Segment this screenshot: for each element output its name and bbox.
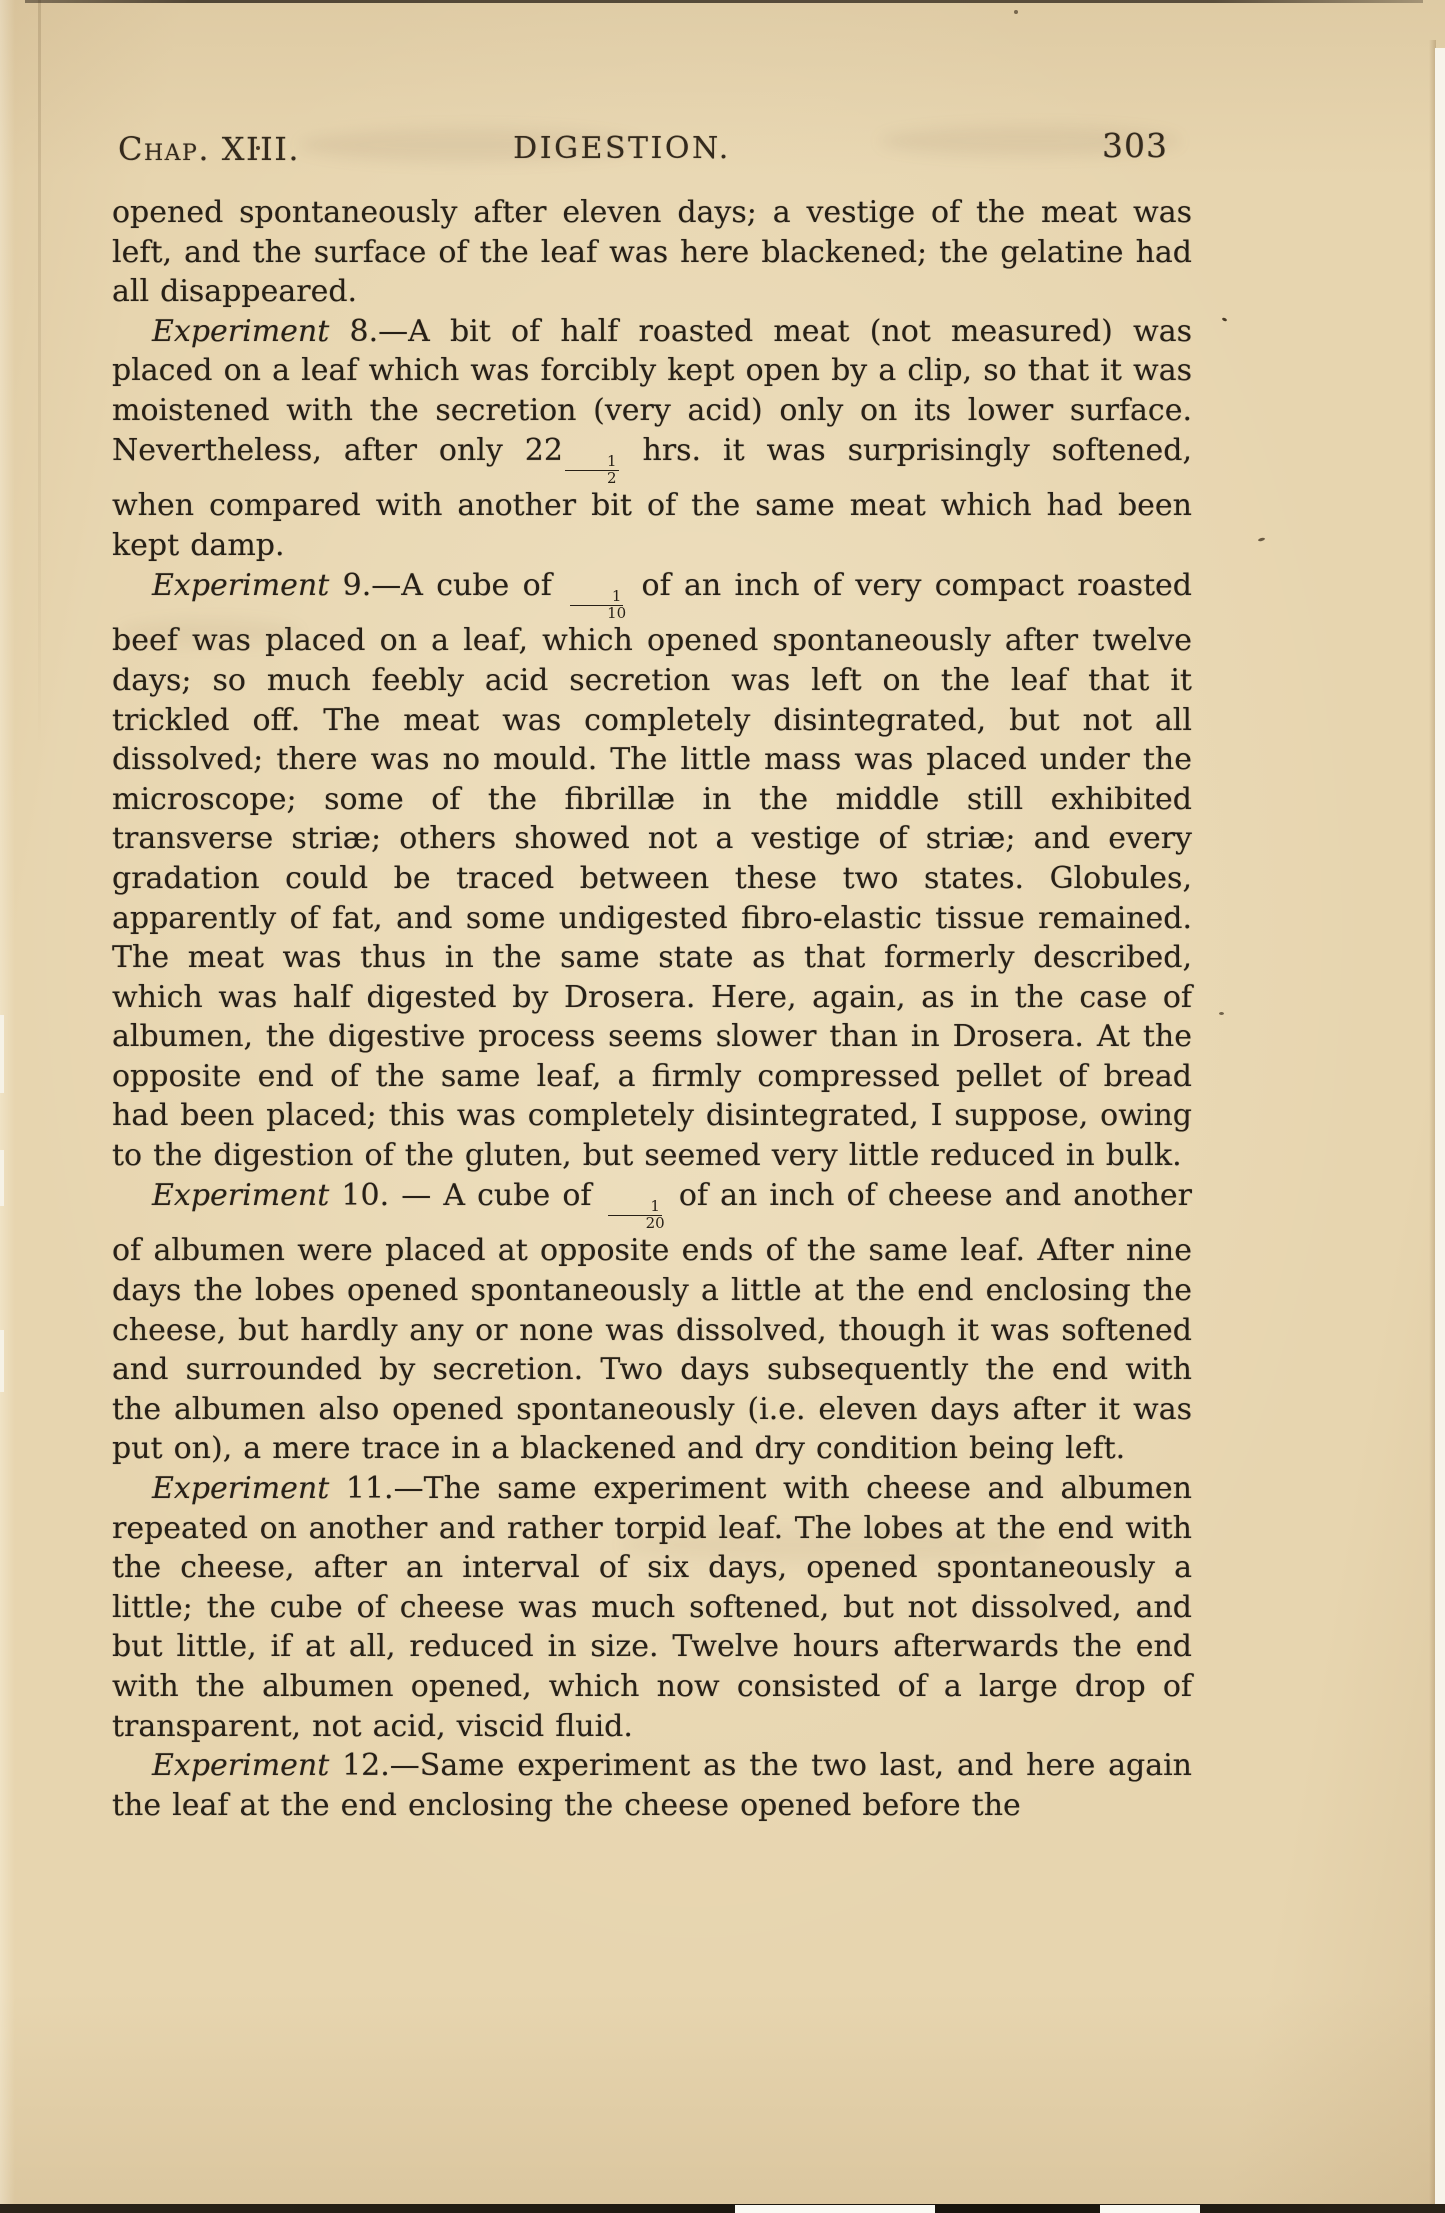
- scan-edge-bottom-highlight: [1100, 2205, 1200, 2213]
- paper-speck: [1222, 317, 1228, 322]
- scan-notch-left: [0, 1015, 4, 1093]
- page-body: opened spontaneously after eleven days; …: [112, 193, 1192, 1825]
- scan-edge-bottom: [0, 2204, 1445, 2213]
- stacked-fraction: 12: [565, 454, 619, 487]
- scan-edge-top: [25, 0, 1423, 3]
- book-page: Chap. XIII. DIGESTION. 303 opened sponta…: [0, 0, 1445, 2213]
- paper-crease: [38, 0, 41, 760]
- paragraph: Experiment 10. — A cube of 120 of an inc…: [112, 1176, 1192, 1469]
- paragraph: opened spontaneously after eleven days; …: [112, 193, 1192, 312]
- experiment-label: Experiment: [152, 314, 329, 349]
- paragraph: Experiment 12.—Same experiment as the tw…: [112, 1746, 1192, 1825]
- scan-edge-bottom-highlight: [735, 2205, 935, 2213]
- experiment-label: Experiment: [152, 1748, 329, 1783]
- paragraph: Experiment 9.—A cube of 110 of an inch o…: [112, 566, 1192, 1176]
- scan-edge-right: [1435, 48, 1445, 2207]
- paragraph: Experiment 11.—The same experiment with …: [112, 1469, 1192, 1746]
- paragraph: Experiment 8.—A bit of half roasted meat…: [112, 312, 1192, 566]
- scan-notch-left: [0, 1330, 4, 1392]
- running-title: DIGESTION.: [112, 131, 1132, 166]
- experiment-label: Experiment: [152, 1178, 329, 1213]
- scan-notch-left: [0, 1150, 4, 1206]
- paper-left-light-band: [0, 0, 15, 2204]
- stacked-fraction: 120: [606, 1199, 665, 1232]
- page-number: 303: [1102, 126, 1168, 165]
- stacked-fraction: 110: [567, 589, 626, 622]
- experiment-label: Experiment: [152, 568, 329, 603]
- paper-speck: [1219, 1012, 1224, 1015]
- page-header: Chap. XIII. DIGESTION. 303: [112, 124, 1192, 168]
- paper-speck: [1258, 537, 1266, 542]
- experiment-label: Experiment: [152, 1471, 329, 1506]
- paper-speck: [1014, 10, 1018, 14]
